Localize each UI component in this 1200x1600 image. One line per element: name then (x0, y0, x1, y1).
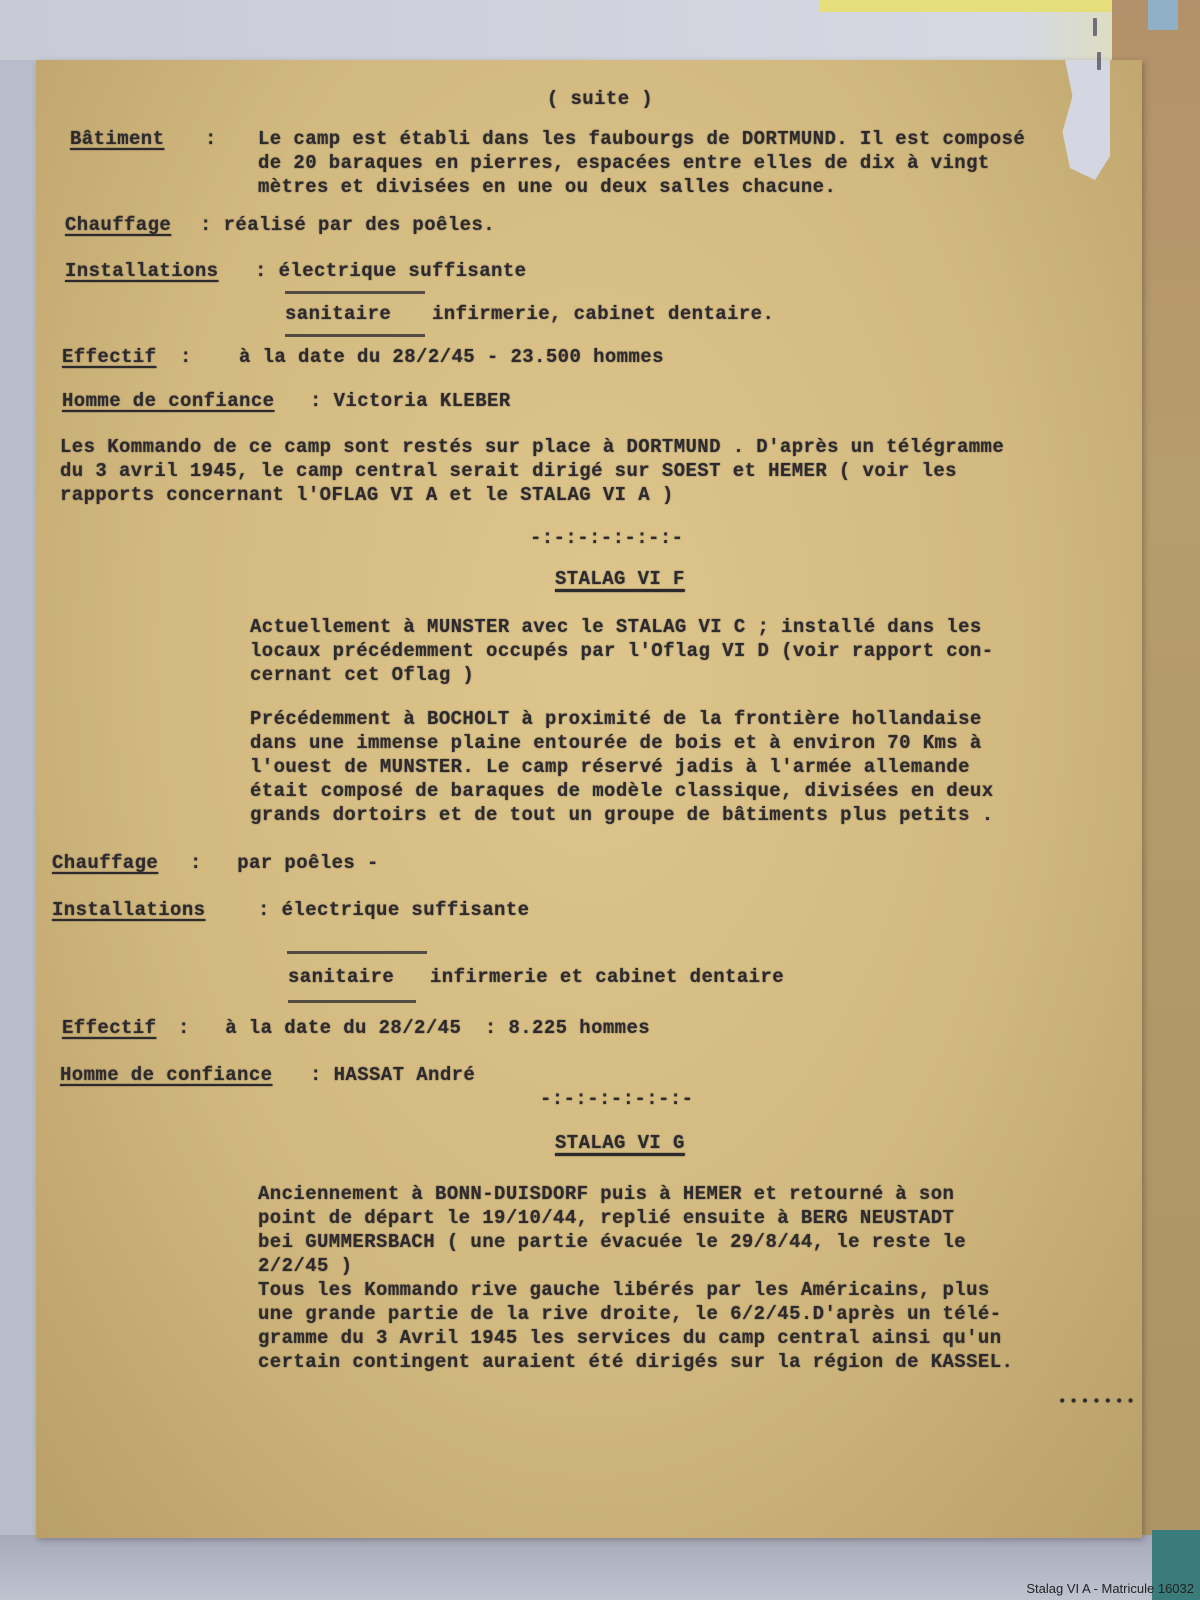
installations-sanitaire-value: infirmerie et cabinet dentaire (430, 966, 784, 988)
underline-rule (285, 334, 425, 337)
separator-2: -:-:-:-:-:-:- (540, 1088, 693, 1110)
para2-line-5: grands dortoirs et de tout un groupe de … (250, 804, 994, 826)
photo-caption: Stalag VI A - Matricule 16032 (1026, 1581, 1194, 1596)
homme-confiance-label: Homme de confiance (62, 390, 274, 412)
homme-confiance-value: : HASSAT André (310, 1064, 475, 1086)
para2-line-4: était composé de baraques de modèle clas… (250, 780, 994, 802)
installations-electrique: : électrique suffisante (255, 260, 526, 282)
underline-rule (285, 291, 425, 294)
installations-sanitaire-label: sanitaire (288, 966, 394, 988)
para-line-1: Anciennement à BONN-DUISDORF puis à HEME… (258, 1183, 954, 1205)
para2-line-1: Précédemment à BOCHOLT à proximité de la… (250, 708, 982, 730)
installations-label: Installations (52, 899, 205, 921)
effectif-label: Effectif (62, 346, 156, 368)
homme-confiance-label: Homme de confiance (60, 1064, 272, 1086)
header-suite: ( suite ) (0, 88, 1200, 110)
chauffage-label: Chauffage (52, 852, 158, 874)
para-line-2: point de départ le 19/10/44, replié ensu… (258, 1207, 954, 1229)
section-title-stalag-vi-f: STALAG VI F (555, 568, 685, 590)
underline-rule (287, 951, 427, 954)
para1-line-1: Actuellement à MUNSTER avec le STALAG VI… (250, 616, 982, 638)
chauffage-value: : par poêles - (190, 852, 379, 874)
end-marks: ••••••• (1058, 1394, 1138, 1410)
paragraph-line-1: Les Kommando de ce camp sont restés sur … (60, 436, 1004, 458)
paragraph-line-2: du 3 avril 1945, le camp central serait … (60, 460, 957, 482)
para-line-3: bei GUMMERSBACH ( une partie évacuée le … (258, 1231, 966, 1253)
para1-line-2: locaux précédemment occupés par l'Oflag … (250, 640, 994, 662)
section-title-stalag-vi-g: STALAG VI G (555, 1132, 685, 1154)
homme-confiance-value: : Victoria KLEBER (310, 390, 511, 412)
para-line-8: certain contingent auraient été dirigés … (258, 1351, 1013, 1373)
chauffage-label: Chauffage (65, 214, 171, 236)
para-line-6: une grande partie de la rive droite, le … (258, 1303, 1002, 1325)
installations-sanitaire-value: infirmerie, cabinet dentaire. (432, 303, 774, 325)
batiment-line-3: mètres et divisées en une ou deux salles… (258, 176, 836, 198)
para-line-7: gramme du 3 Avril 1945 les services du c… (258, 1327, 1002, 1349)
batiment-sep: : (205, 128, 217, 150)
chauffage-value: : réalisé par des poêles. (200, 214, 495, 236)
para-line-4: 2/2/45 ) (258, 1255, 352, 1277)
separator-1: -:-:-:-:-:-:- (530, 527, 683, 549)
batiment-line-2: de 20 baraques en pierres, espacées entr… (258, 152, 990, 174)
para2-line-3: l'ouest de MUNSTER. Le camp réservé jadi… (250, 756, 970, 778)
effectif-label: Effectif (62, 1017, 156, 1039)
batiment-label: Bâtiment (70, 128, 164, 150)
para1-line-3: cernant cet Oflag ) (250, 664, 474, 686)
installations-electrique: : électrique suffisante (258, 899, 529, 921)
underline-rule (288, 1000, 416, 1003)
effectif-value: : à la date du 28/2/45 : 8.225 hommes (178, 1017, 650, 1039)
document-text: ( suite ) Bâtiment : Le camp est établi … (0, 0, 1200, 1600)
installations-sanitaire-label: sanitaire (285, 303, 391, 325)
para2-line-2: dans une immense plaine entourée de bois… (250, 732, 982, 754)
effectif-value: : à la date du 28/2/45 - 23.500 hommes (180, 346, 664, 368)
para-line-5: Tous les Kommando rive gauche libérés pa… (258, 1279, 990, 1301)
batiment-line-1: Le camp est établi dans les faubourgs de… (258, 128, 1025, 150)
installations-label: Installations (65, 260, 218, 282)
paragraph-line-3: rapports concernant l'OFLAG VI A et le S… (60, 484, 674, 506)
